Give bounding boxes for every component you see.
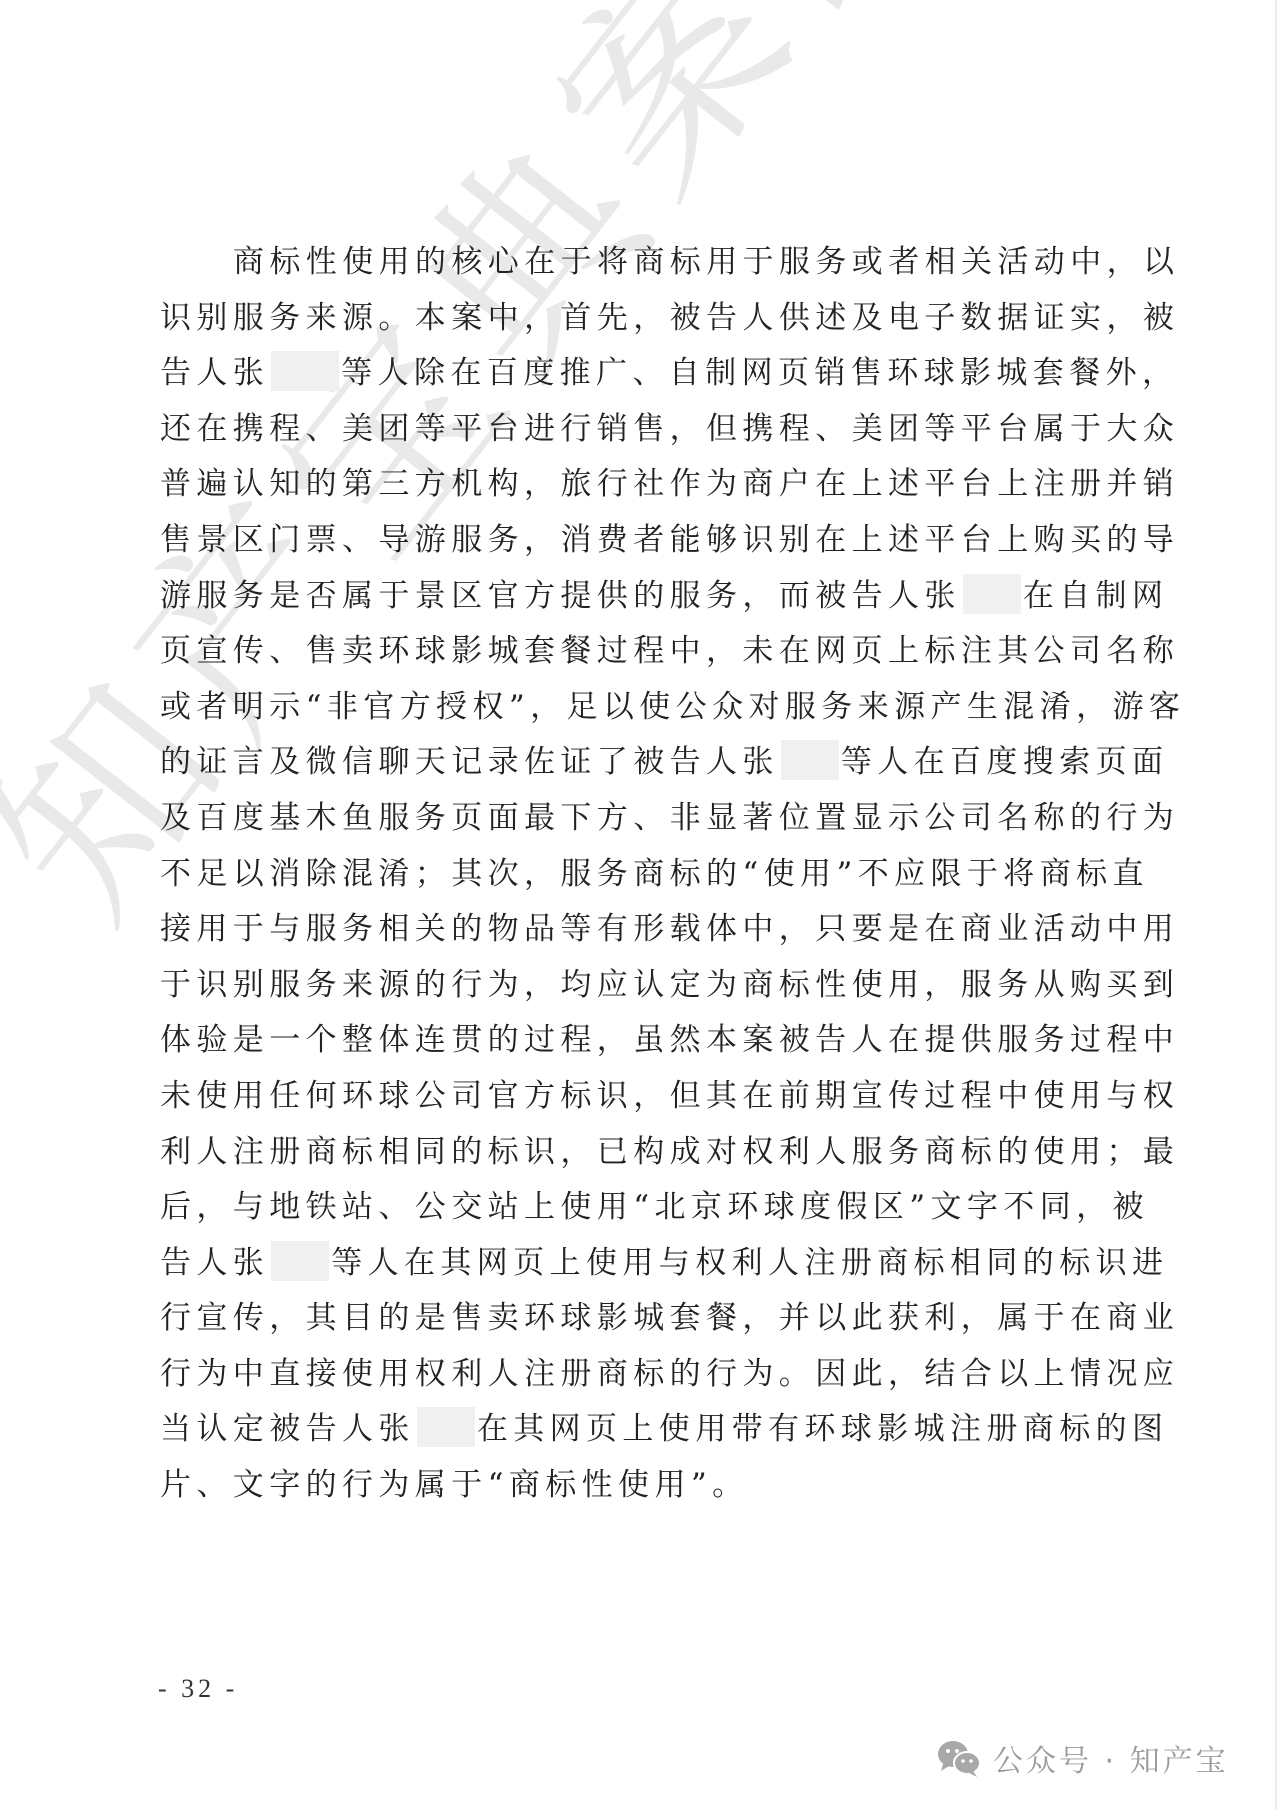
line-text: 普遍认知的第三方机构，旅行社作为商户在上述平台上注册并销 [160,466,1179,502]
paragraph-line: 商标性使用的核心在于将商标用于服务或者相关活动中，以 [160,235,1120,291]
line-text: 体验是一个整体连贯的过程，虽然本案被告人在提供服务过程中 [160,1022,1179,1058]
judgment-paragraph: 商标性使用的核心在于将商标用于服务或者相关活动中，以 识别服务来源。本案中，首先… [160,235,1120,1514]
redacted-name-box [271,1241,329,1281]
paragraph-line: 于识别服务来源的行为，均应认定为商标性使用，服务从购买到 [160,958,1120,1014]
line-text: 售景区门票、导游服务，消费者能够识别在上述平台上购买的导 [160,522,1179,558]
paragraph-line: 游服务是否属于景区官方提供的服务，而被告人张在自制网 [160,569,1120,625]
redacted-name-box [417,1407,475,1447]
line-text: 利人注册商标相同的标识，已构成对权利人服务商标的使用；最 [160,1134,1179,1170]
line-text: 接用于与服务相关的物品等有形载体中，只要是在商业活动中用 [160,911,1179,947]
line-text: 还在携程、美团等平台进行销售，但携程、美团等平台属于大众 [160,411,1179,447]
line-text: 识别服务来源。本案中，首先，被告人供述及电子数据证实，被 [160,300,1179,336]
document-page: 知产宝典案例 商标性使用的核心在于将商标用于服务或者相关活动中，以 识别服务来源… [0,0,1280,1810]
paragraph-line: 不足以消除混淆；其次，服务商标的“使用”不应限于将商标直 [160,847,1120,903]
paragraph-line: 片、文字的行为属于“商标性使用”。 [160,1458,1120,1514]
line-text: 在其网页上使用带有环球影城注册商标的图 [477,1411,1169,1447]
paragraph-line: 体验是一个整体连贯的过程，虽然本案被告人在提供服务过程中 [160,1013,1120,1069]
line-text: 于识别服务来源的行为，均应认定为商标性使用，服务从购买到 [160,967,1179,1003]
paragraph-line: 售景区门票、导游服务，消费者能够识别在上述平台上购买的导 [160,513,1120,569]
paragraph-line: 还在携程、美团等平台进行销售，但携程、美团等平台属于大众 [160,402,1120,458]
line-text: 在自制网 [1023,578,1169,614]
paragraph-line: 接用于与服务相关的物品等有形载体中，只要是在商业活动中用 [160,902,1120,958]
line-text: 后，与地铁站、公交站上使用“北京环球度假区”文字不同，被 [160,1189,1149,1225]
line-text: 商标性使用的核心在于将商标用于服务或者相关活动中，以 [233,244,1179,280]
line-text: 的证言及微信聊天记录佐证了被告人张 [160,744,779,780]
line-text: 未使用任何环球公司官方标识，但其在前期宣传过程中使用与权 [160,1078,1179,1114]
line-text: 告人张 [160,1245,269,1281]
paragraph-line: 及百度基木鱼服务页面最下方、非显著位置显示公司名称的行为 [160,791,1120,847]
redacted-name-box [271,351,339,391]
paragraph-line: 当认定被告人张在其网页上使用带有环球影城注册商标的图 [160,1402,1120,1458]
paragraph-line: 行为中直接使用权利人注册商标的行为。因此，结合以上情况应 [160,1347,1120,1403]
wechat-icon [935,1738,983,1778]
source-label: 公众号 · 知产宝 [993,1736,1229,1780]
line-text: 等人在百度搜索页面 [841,744,1169,780]
line-text: 等人除在百度推广、自制网页销售环球影城套餐外， [341,355,1178,391]
paragraph-line: 的证言及微信聊天记录佐证了被告人张等人在百度搜索页面 [160,735,1120,791]
paragraph-line: 识别服务来源。本案中，首先，被告人供述及电子数据证实，被 [160,291,1120,347]
line-text: 及百度基木鱼服务页面最下方、非显著位置显示公司名称的行为 [160,800,1179,836]
wechat-source-badge: 公众号 · 知产宝 [935,1736,1229,1780]
line-text: 或者明示“非官方授权”，足以使公众对服务来源产生混淆，游客 [160,689,1185,725]
paragraph-line: 未使用任何环球公司官方标识，但其在前期宣传过程中使用与权 [160,1069,1120,1125]
redacted-name-box [781,740,839,780]
page-edge-divider [1275,0,1277,1810]
line-text: 行为中直接使用权利人注册商标的行为。因此，结合以上情况应 [160,1356,1179,1392]
line-text: 页宣传、售卖环球影城套餐过程中，未在网页上标注其公司名称 [160,633,1179,669]
paragraph-line: 后，与地铁站、公交站上使用“北京环球度假区”文字不同，被 [160,1180,1120,1236]
paragraph-line: 或者明示“非官方授权”，足以使公众对服务来源产生混淆，游客 [160,680,1120,736]
line-text: 等人在其网页上使用与权利人注册商标相同的标识进 [331,1245,1168,1281]
line-text: 行宣传，其目的是售卖环球影城套餐，并以此获利，属于在商业 [160,1300,1179,1336]
paragraph-line: 普遍认知的第三方机构，旅行社作为商户在上述平台上注册并销 [160,457,1120,513]
page-number: - 32 - [158,1674,238,1704]
line-text: 不足以消除混淆；其次，服务商标的“使用”不应限于将商标直 [160,856,1149,892]
line-text: 告人张 [160,355,269,391]
line-text: 游服务是否属于景区官方提供的服务，而被告人张 [160,578,961,614]
paragraph-line: 行宣传，其目的是售卖环球影城套餐，并以此获利，属于在商业 [160,1291,1120,1347]
line-text: 当认定被告人张 [160,1411,415,1447]
paragraph-line: 告人张等人除在百度推广、自制网页销售环球影城套餐外， [160,346,1120,402]
redacted-name-box [963,574,1021,614]
line-text: 片、文字的行为属于“商标性使用”。 [160,1467,749,1503]
paragraph-line: 页宣传、售卖环球影城套餐过程中，未在网页上标注其公司名称 [160,624,1120,680]
paragraph-line: 告人张等人在其网页上使用与权利人注册商标相同的标识进 [160,1236,1120,1292]
paragraph-line: 利人注册商标相同的标识，已构成对权利人服务商标的使用；最 [160,1125,1120,1181]
